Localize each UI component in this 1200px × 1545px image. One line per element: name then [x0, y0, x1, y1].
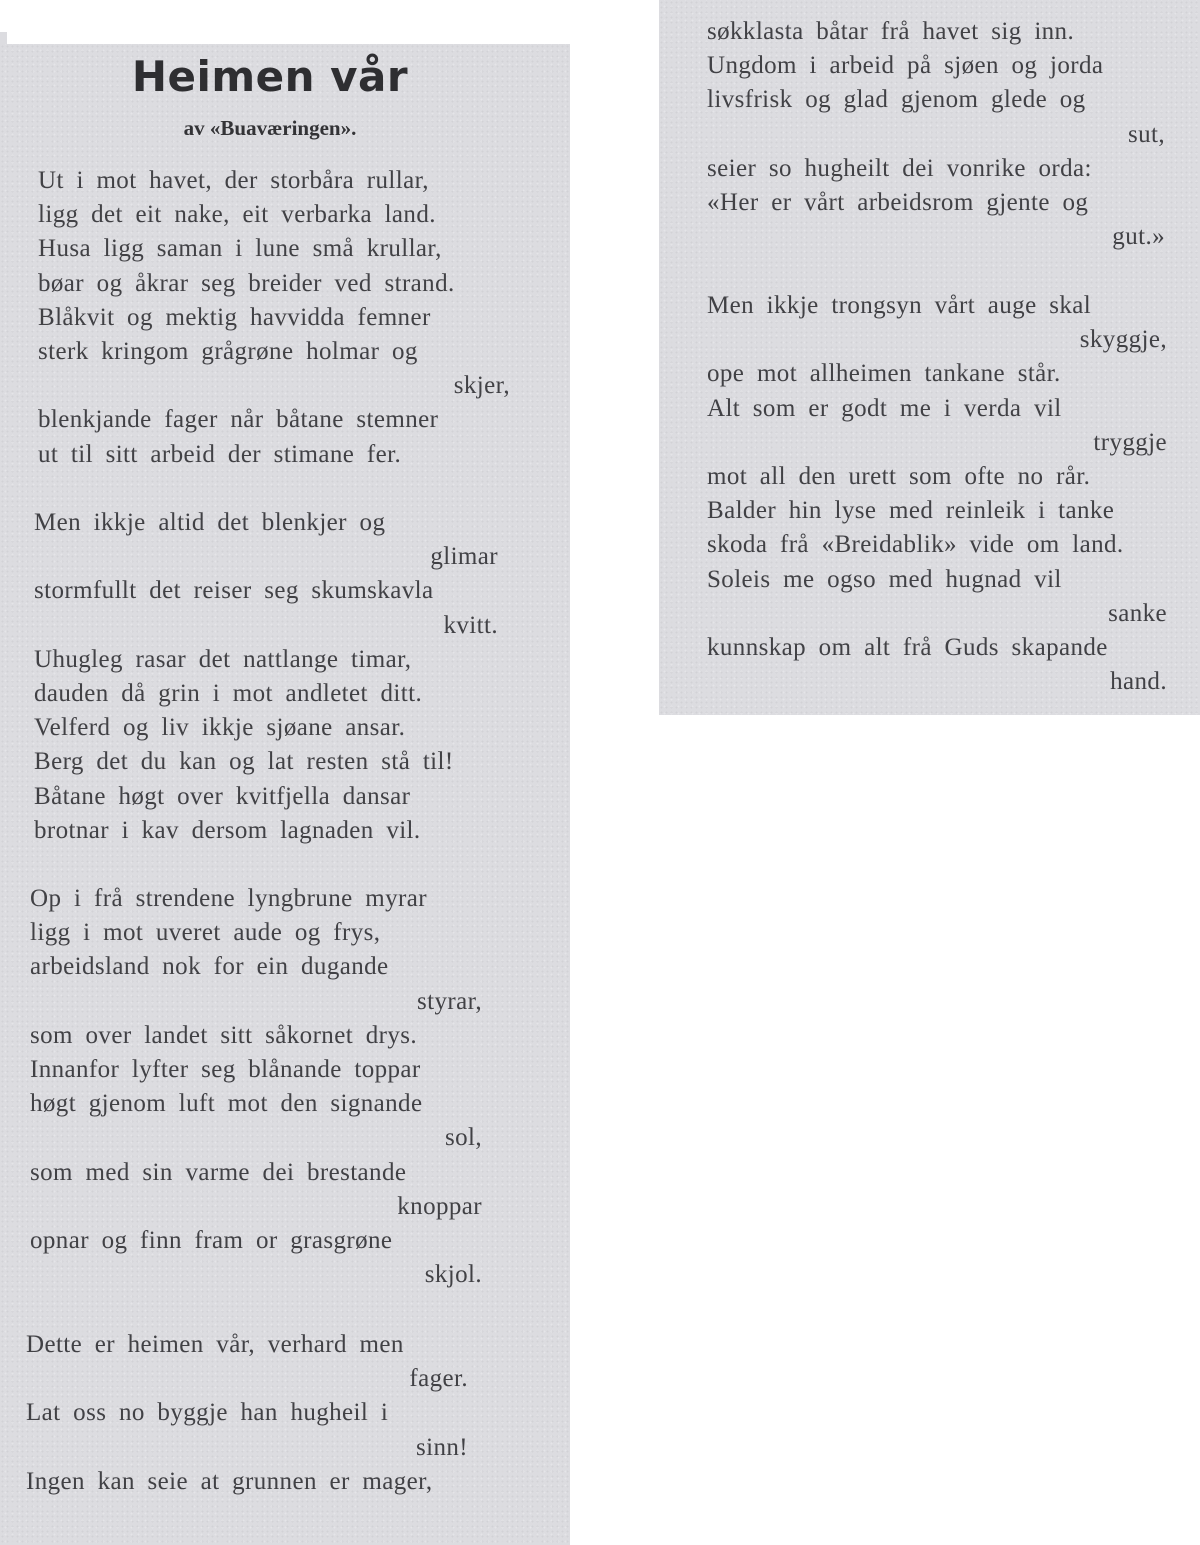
poem-line: arbeidsland nok for ein dugande — [30, 950, 502, 984]
poem-line: Blåkvit og mektig havvidda femner — [38, 301, 510, 335]
poem-line: som med sin varme dei brestande — [30, 1156, 502, 1190]
stanza: Men ikkje altid det blenkjer ogglimarsto… — [34, 506, 508, 848]
poem-line: Balder hin lyse med reinleik i tanke — [707, 494, 1167, 528]
poem-line: Berg det du kan og lat resten stå til! — [34, 745, 508, 779]
poem-line: ligg det eit nake, eit verbarka land. — [38, 198, 510, 232]
poem-line: ut til sitt arbeid der stimane fer. — [38, 438, 510, 472]
poem-line: Alt som er godt me i verda vil — [707, 392, 1167, 426]
scanned-page-right-column: søkklasta båtar frå havet sig inn.Ungdom… — [659, 0, 1200, 715]
poem-line: brotnar i kav dersom lagnaden vil. — [34, 814, 508, 848]
poem-line: mot all den urett som ofte no rår. — [707, 460, 1167, 494]
poem-line-continuation: gut.» — [707, 220, 1165, 254]
poem-line: Dette er heimen vår, verhard men — [26, 1328, 498, 1362]
poem-line-continuation: styrar, — [30, 985, 502, 1019]
stanza: søkklasta båtar frå havet sig inn.Ungdom… — [707, 15, 1165, 254]
poem-line: høgt gjenom luft mot den signande — [30, 1087, 502, 1121]
poem-line: Ingen kan seie at grunnen er mager, — [26, 1465, 498, 1499]
poem-line: Soleis me ogso med hugnad vil — [707, 563, 1167, 597]
stanza: Men ikkje trongsyn vårt auge skalskyggje… — [707, 289, 1167, 699]
poem-line-continuation: skjol. — [30, 1258, 502, 1292]
poem-line: kunnskap om alt frå Guds skapande — [707, 631, 1167, 665]
stanza: Ut i mot havet, der storbåra rullar,ligg… — [38, 164, 510, 472]
poem-line: Ut i mot havet, der storbåra rullar, — [38, 164, 510, 198]
scanned-page-left-column: Heimen vår av «Buaværingen». Ut i mot ha… — [0, 44, 570, 1545]
poem-line: skoda frå «Breidablik» vide om land. — [707, 528, 1167, 562]
poem-line-continuation: sut, — [707, 118, 1165, 152]
poem-line: opnar og finn fram or grasgrøne — [30, 1224, 502, 1258]
poem-line: Lat oss no byggje han hugheil i — [26, 1396, 498, 1430]
poem-line-continuation: glimar — [34, 540, 508, 574]
poem-line: blenkjande fager når båtane stemner — [38, 403, 510, 437]
poem-line-continuation: sanke — [707, 597, 1167, 631]
poem-line-continuation: sinn! — [26, 1431, 498, 1465]
stanza: Dette er heimen vår, verhard menfager.La… — [26, 1328, 498, 1499]
poem-line: Husa ligg saman i lune små krullar, — [38, 232, 510, 266]
poem-title: Heimen vår — [0, 52, 540, 101]
poem-line: stormfullt det reiser seg skumskavla — [34, 574, 508, 608]
poem-line-continuation: skyggje, — [707, 323, 1167, 357]
poem-line-continuation: knoppar — [30, 1190, 502, 1224]
poem-line: Innanfor lyfter seg blånande toppar — [30, 1053, 502, 1087]
poem-line: som over landet sitt såkornet drys. — [30, 1019, 502, 1053]
poem-line: sterk kringom grågrøne holmar og — [38, 335, 510, 369]
poem-line: livsfrisk og glad gjenom glede og — [707, 83, 1165, 117]
poem-line-continuation: fager. — [26, 1362, 498, 1396]
poem-line-continuation: kvitt. — [34, 609, 508, 643]
poem-line-continuation: skjer, — [38, 369, 510, 403]
poem-line: seier so hugheilt dei vonrike orda: — [707, 152, 1165, 186]
poem-line: Velferd og liv ikkje sjøane ansar. — [34, 711, 508, 745]
poem-line: Båtane høgt over kvitfjella dansar — [34, 780, 508, 814]
poem-line: ope mot allheimen tankane står. — [707, 357, 1167, 391]
poem-line: dauden då grin i mot andletet ditt. — [34, 677, 508, 711]
poem-line-continuation: sol, — [30, 1121, 502, 1155]
poem-line: søkklasta båtar frå havet sig inn. — [707, 15, 1165, 49]
poem-byline: av «Buaværingen». — [0, 116, 540, 141]
poem-line-continuation: hand. — [707, 665, 1167, 699]
poem-line-continuation: tryggje — [707, 426, 1167, 460]
poem-line: «Her er vårt arbeidsrom gjente og — [707, 186, 1165, 220]
poem-line: bøar og åkrar seg breider ved strand. — [38, 267, 510, 301]
poem-line: Op i frå strendene lyngbrune myrar — [30, 882, 502, 916]
poem-line: Uhugleg rasar det nattlange timar, — [34, 643, 508, 677]
poem-line: Men ikkje altid det blenkjer og — [34, 506, 508, 540]
poem-line: ligg i mot uveret aude og frys, — [30, 916, 502, 950]
poem-line: Ungdom i arbeid på sjøen og jorda — [707, 49, 1165, 83]
poem-line: Men ikkje trongsyn vårt auge skal — [707, 289, 1167, 323]
stanza: Op i frå strendene lyngbrune myrarligg i… — [30, 882, 502, 1292]
